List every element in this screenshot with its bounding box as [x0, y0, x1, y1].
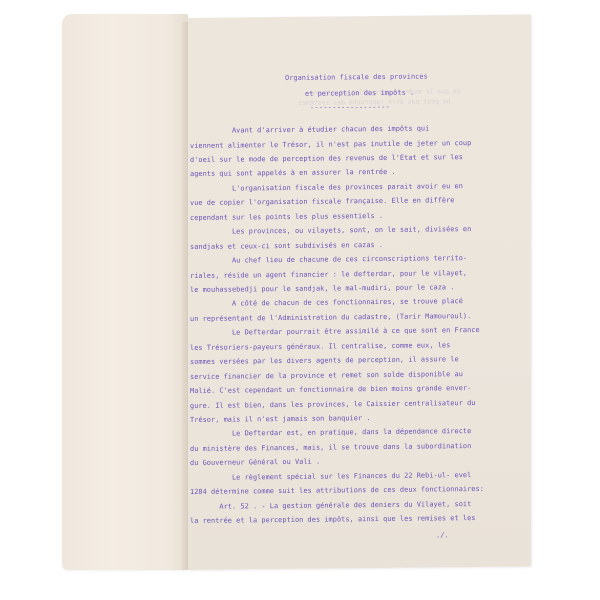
body-line: Le Defterdar pourrait être assimilé à ce…: [190, 326, 480, 337]
body-line: agents qui sont appelés à en assurer la …: [190, 168, 396, 178]
body-line: du Gouverneur Général ou Vali .: [190, 458, 320, 467]
body-line: les Trésoriers-payeurs généraux. Il cent…: [190, 341, 450, 352]
left-page-blank: [62, 14, 188, 570]
body-line: Trésor, mais il n'est jamais son banquie…: [190, 414, 371, 424]
body-line: Au chef lieu de chacune de ces circonscr…: [190, 254, 467, 265]
body-line: viennent alimenter le Trésor, il n'est p…: [190, 139, 471, 150]
body-line: Malié. C'est cependant un fonctionnaire …: [190, 384, 471, 395]
body-line: sandjaks et ceux-ci sont subdivisés en c…: [190, 241, 383, 251]
document-photo: . . . ce que le mode de perception en vi…: [0, 0, 600, 600]
body-line: Art. 52 . - La gestion générale des deni…: [190, 500, 471, 511]
body-line: 1284 détermine comme suit les attributio…: [190, 485, 484, 496]
body-line: du ministère des Finances, mais, il se t…: [190, 442, 471, 453]
document-title-line-2: et perception des impôts .: [305, 89, 414, 98]
body-line: sommes versées par les divers agents de …: [190, 355, 459, 366]
body-line: Le Defterdar est, en pratique, dans la d…: [190, 427, 471, 438]
title-separator: ------------------: [310, 103, 390, 112]
body-line: L'organisation fiscale des provinces par…: [190, 182, 463, 193]
body-line: service financier de la province et reme…: [190, 370, 463, 381]
body-line: Les provinces, ou vilayets, sont, on le …: [190, 225, 471, 236]
body-line: Avant d'arriver à étudier chacun des imp…: [190, 124, 429, 135]
typed-text-block: Organisation fiscale des provinces et pe…: [188, 14, 531, 570]
body-line: riales, réside un agent financier : le d…: [190, 269, 467, 280]
document-title-line-1: Organisation fiscale des provinces: [285, 72, 428, 81]
body-line: Le règlement spécial sur les Finances du…: [190, 471, 471, 482]
body-line: le mouhassebedji pour le sandjak, le mal…: [190, 283, 455, 294]
continuation-mark: ./.: [436, 531, 449, 539]
typed-page: . . . ce que le mode de perception en vi…: [188, 14, 531, 570]
body-line: d'oeil sur le mode de perception des rev…: [190, 153, 463, 164]
body-line: cependant sur les points les plus essent…: [190, 212, 383, 222]
body-line: un représentant de l'Administration du c…: [190, 312, 471, 323]
body-line: la rentrée et la perception des impôts, …: [190, 514, 476, 525]
body-line: vue de copier l'organisation fiscale fra…: [190, 197, 455, 208]
body-line: A côté de chacun de ces fonctionnaires, …: [190, 298, 463, 309]
body-line: gure. Il est bien, dans les provinces, l…: [190, 399, 476, 410]
body-text: Avant d'arriver à étudier chacun des imp…: [188, 14, 531, 18]
